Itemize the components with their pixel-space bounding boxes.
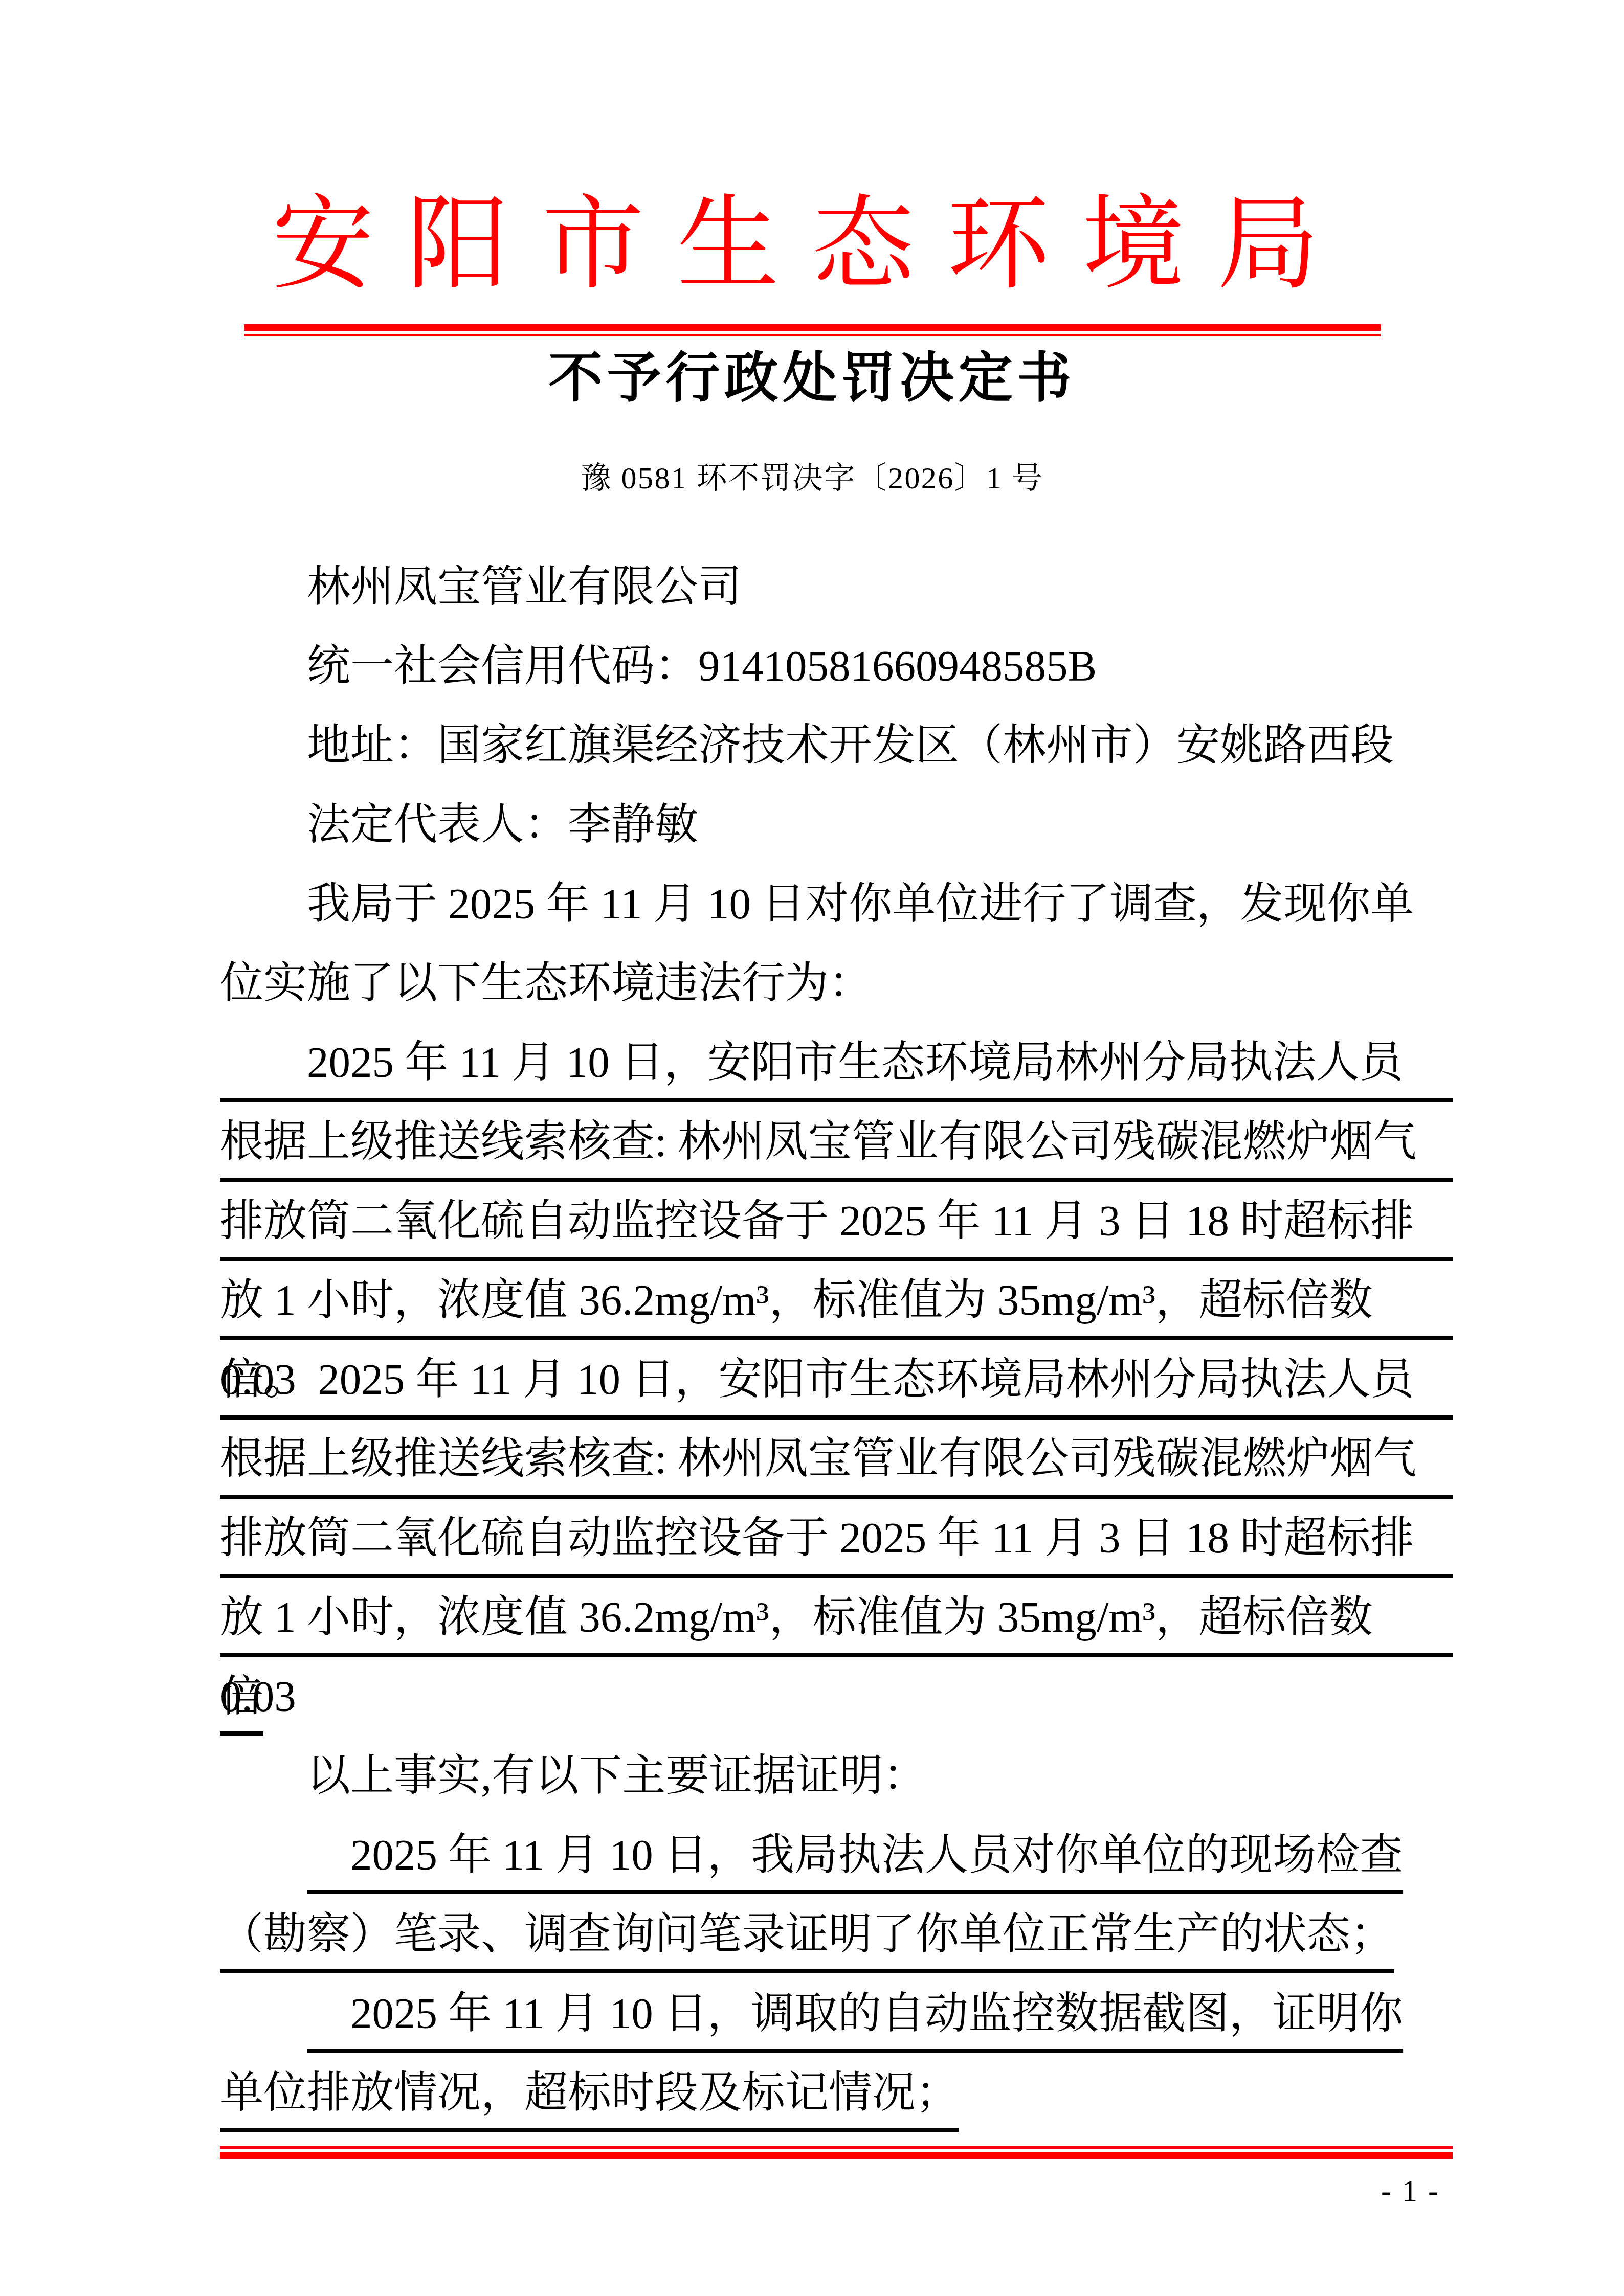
page-number: - 1 - — [0, 2173, 1624, 2209]
line-investigation-2: 位实施了以下生态环境违法行为： — [220, 944, 1453, 1023]
line-evidence-1b: （勘察）笔录、调查询问笔录证明了你单位正常生产的状态； — [220, 1895, 1453, 1974]
line-violation-6: 根据上级推送线索核查: 林州凤宝管业有限公司残碳混燃炉烟气 — [220, 1420, 1453, 1499]
document-page: 安阳市生态环境局 不予行政处罚决定书 豫 0581 环不罚决字〔2026〕1 号… — [0, 0, 1624, 2296]
line-evidence-2b: 单位排放情况，超标时段及标记情况； — [220, 2054, 1453, 2133]
header-divider — [244, 324, 1381, 336]
footer-divider — [220, 2146, 1453, 2159]
line-violation-2: 根据上级推送线索核查: 林州凤宝管业有限公司残碳混燃炉烟气 — [220, 1102, 1453, 1182]
document-title: 不予行政处罚决定书 — [0, 350, 1624, 407]
line-evidence-1a: 2025 年 11 月 10 日，我局执法人员对你单位的现场检查 — [220, 1816, 1453, 1895]
line-investigation-1: 我局于 2025 年 11 月 10 日对你单位进行了调查，发现你单 — [220, 865, 1453, 944]
footer-rule-thick — [220, 2152, 1453, 2159]
line-violation-1: 2025 年 11 月 10 日，安阳市生态环境局林州分局执法人员 — [220, 1023, 1453, 1102]
line-violation-5: 倍。 2025 年 11 月 10 日，安阳市生态环境局林州分局执法人员 — [220, 1340, 1453, 1420]
line-violation-4: 放 1 小时，浓度值 36.2mg/m³，标准值为 35mg/m³，超标倍数 0… — [220, 1261, 1453, 1340]
line-violation-8: 放 1 小时，浓度值 36.2mg/m³，标准值为 35mg/m³，超标倍数 0… — [220, 1578, 1453, 1657]
line-violation-7: 排放筒二氧化硫自动监控设备于 2025 年 11 月 3 日 18 时超标排 — [220, 1499, 1453, 1578]
line-violation-3: 排放筒二氧化硫自动监控设备于 2025 年 11 月 3 日 18 时超标排 — [220, 1182, 1453, 1261]
header-rule-thin — [244, 334, 1381, 336]
line-address: 地址：国家红旗渠经济技术开发区（林州市）安姚路西段 — [220, 706, 1453, 785]
header-rule-thick — [244, 324, 1381, 331]
document-number: 豫 0581 环不罚决字〔2026〕1 号 — [0, 454, 1624, 498]
line-evidence-2a: 2025 年 11 月 10 日，调取的自动监控数据截图，证明你 — [220, 1974, 1453, 2054]
line-company-name: 林州凤宝管业有限公司 — [220, 548, 1453, 627]
line-legal-representative: 法定代表人：李静敏 — [220, 785, 1453, 865]
agency-header: 安阳市生态环境局 — [0, 0, 1624, 313]
line-violation-9: 倍 — [220, 1657, 1453, 1737]
line-credit-code: 统一社会信用代码：91410581660948585B — [220, 627, 1453, 706]
document-body: 林州凤宝管业有限公司 统一社会信用代码：91410581660948585B 地… — [0, 548, 1624, 2133]
line-evidence-intro: 以上事实,有以下主要证据证明： — [220, 1737, 1453, 1816]
